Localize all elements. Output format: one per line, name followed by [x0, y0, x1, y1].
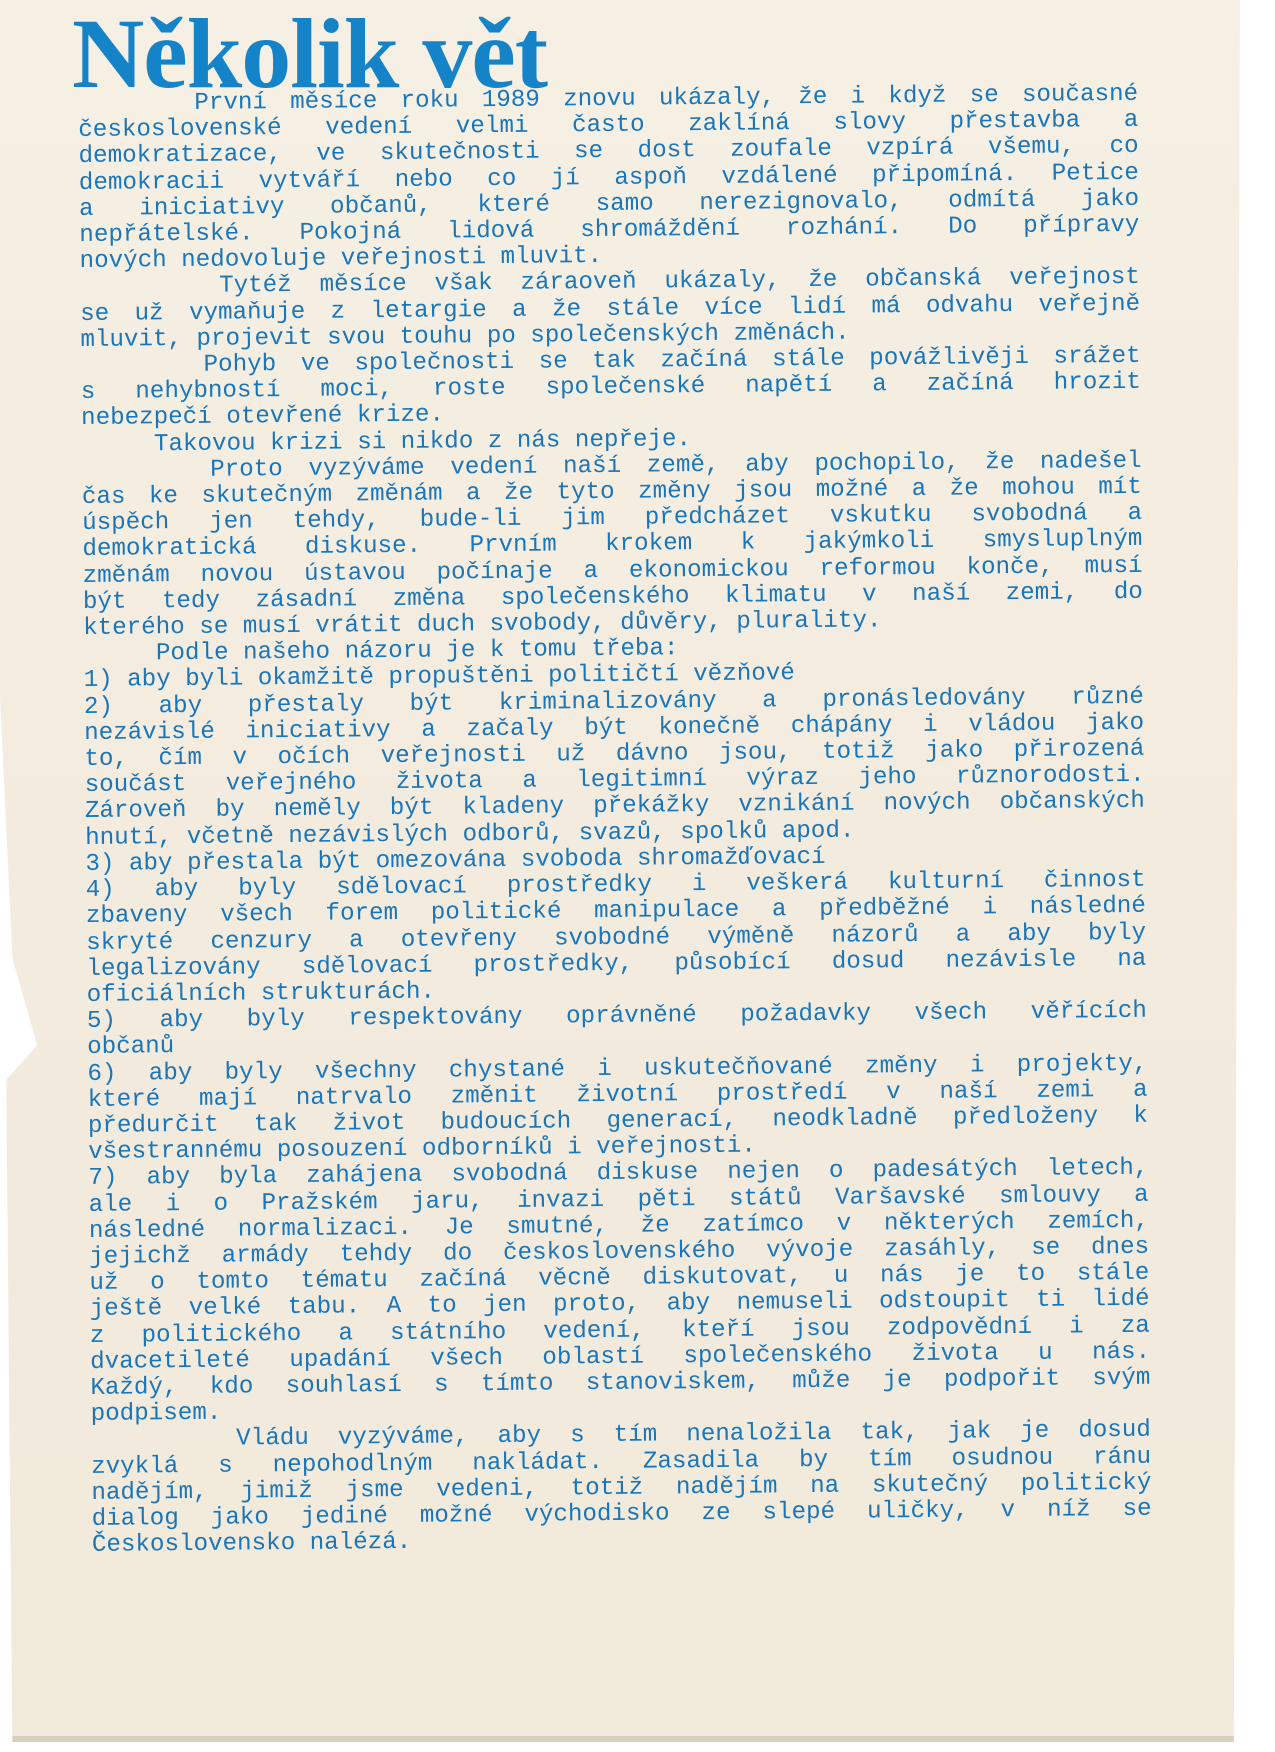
- document-body: První měsíce roku 1989 znovu ukázaly, že…: [78, 82, 1152, 1559]
- paper-sheet: Několik vět První měsíce roku 1989 znovu…: [0, 0, 1240, 1742]
